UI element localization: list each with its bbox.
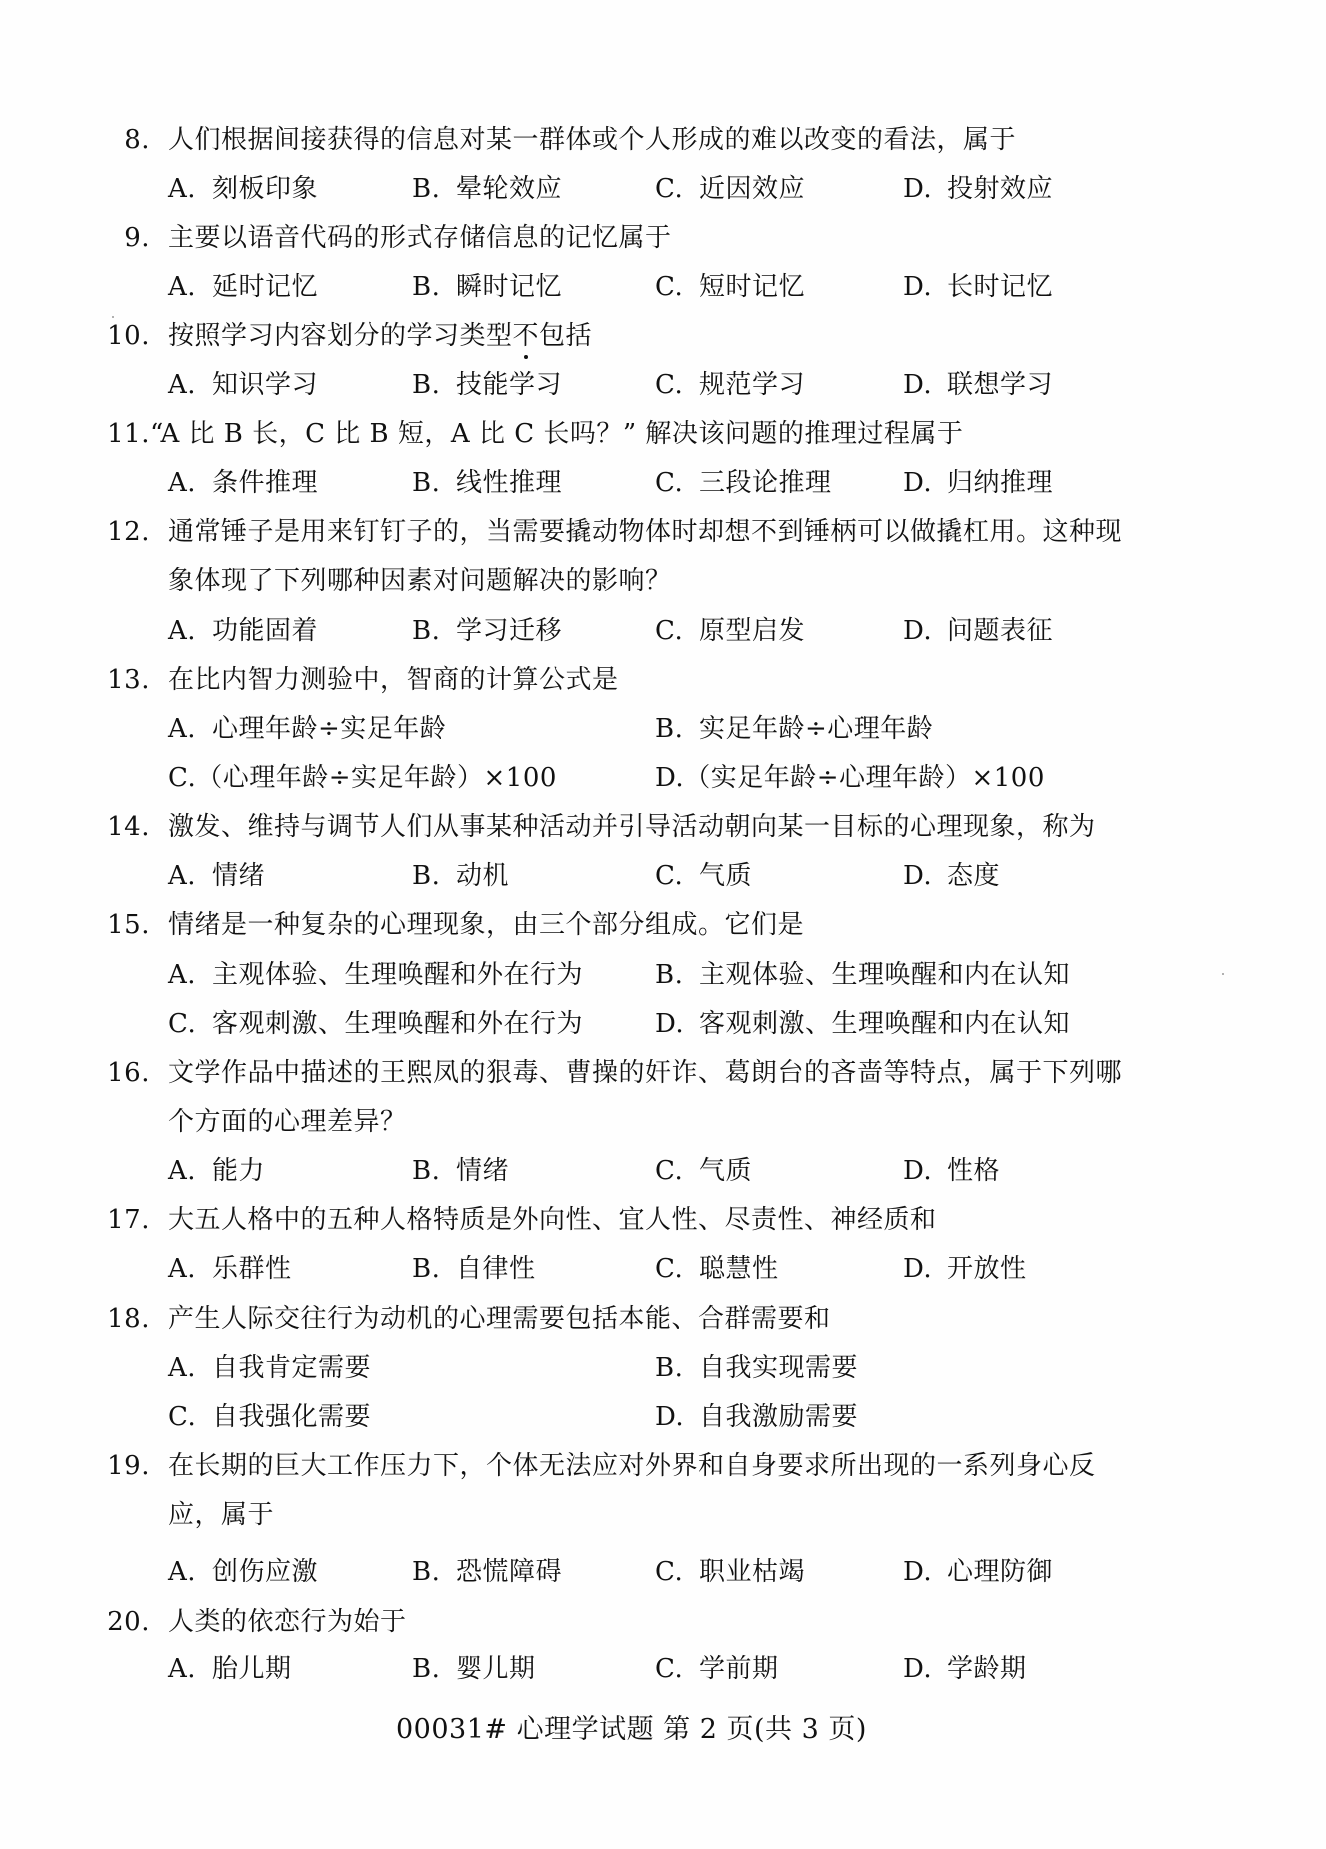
scan-speck [1222,973,1224,975]
question-text: 人类的依恋行为始于 [168,1605,407,1639]
option-d: D.客观刺激、生理唤醒和内在认知 [655,1007,1070,1041]
question-text: 通常锤子是用来钉钉子的，当需要撬动物体时却想不到锤柄可以做撬杠用。这种现 [168,515,1122,549]
option-a: A.心理年龄÷实足年龄 [168,712,446,746]
option-d: D.（实足年龄÷心理年龄）×100 [655,761,1045,795]
option-c: C.气质 [655,859,752,893]
option-c: C.客观刺激、生理唤醒和外在行为 [168,1007,583,1041]
option-c: C.原型启发 [655,614,805,648]
option-b: B.晕轮效应 [412,172,562,206]
question-text: 大五人格中的五种人格特质是外向性、宜人性、尽责性、神经质和 [168,1203,937,1237]
option-a: A.创伤应激 [168,1555,318,1589]
question-text: 情绪是一种复杂的心理现象，由三个部分组成。它们是 [168,908,804,942]
option-b: B.自律性 [412,1252,536,1286]
question-text: 人们根据间接获得的信息对某一群体或个人形成的难以改变的看法，属于 [168,123,1016,157]
question-number: 17. [90,1203,150,1237]
question-number: 14. [90,810,150,844]
question-text: 主要以语音代码的形式存储信息的记忆属于 [168,221,672,255]
question-text: 在长期的巨大工作压力下，个体无法应对外界和自身要求所出现的一系列身心反 [168,1449,1096,1483]
option-b: B.自我实现需要 [655,1351,858,1385]
question-number: 10. [90,319,150,353]
option-b: B.技能学习 [412,368,562,402]
option-b: B.动机 [412,859,509,893]
option-a: A.刻板印象 [168,172,318,206]
option-d: D.开放性 [903,1252,1027,1286]
option-d: D.联想学习 [903,368,1053,402]
option-d: D.态度 [903,859,1000,893]
question-number: 11. [90,417,150,451]
option-a: A.条件推理 [168,466,318,500]
question-number: 16. [90,1056,150,1090]
question-text: 文学作品中描述的王熙凤的狠毒、曹操的奸诈、葛朗台的吝啬等特点，属于下列哪 [168,1056,1122,1090]
question-text: 在比内智力测验中，智商的计算公式是 [168,663,619,697]
option-d: D.长时记忆 [903,270,1053,304]
option-b: B.婴儿期 [412,1652,536,1686]
question-number: 15. [90,908,150,942]
option-d: D.归纳推理 [903,466,1053,500]
question-text: “A 比 B 长，C 比 B 短，A 比 C 长吗？” 解决该问题的推理过程属于 [150,417,963,451]
question-text: 激发、维持与调节人们从事某种活动并引导活动朝向某一目标的心理现象，称为 [168,810,1096,844]
option-a: A.情绪 [168,859,265,893]
question-text: 个方面的心理差异？ [168,1105,407,1139]
question-number: 8. [90,123,150,157]
option-b: B.恐慌障碍 [412,1555,562,1589]
question-number: 12. [90,515,150,549]
emphasis-mark: 不 [513,319,540,353]
option-c: C.气质 [655,1154,752,1188]
question-number: 13. [90,663,150,697]
exam-page: 8. 人们根据间接获得的信息对某一群体或个人形成的难以改变的看法，属于 A.刻板… [0,0,1326,1849]
option-c: C.聪慧性 [655,1252,779,1286]
question-number: 18. [90,1302,150,1336]
option-d: D.问题表征 [903,614,1053,648]
option-c: C.三段论推理 [655,466,832,500]
option-a: A.能力 [168,1154,265,1188]
option-b: B.情绪 [412,1154,509,1188]
option-d: D.心理防御 [903,1555,1053,1589]
option-c: C.职业枯竭 [655,1555,805,1589]
option-a: A.知识学习 [168,368,318,402]
option-b: B.线性推理 [412,466,562,500]
question-number: 9. [90,221,150,255]
question-text: 应，属于 [168,1498,274,1532]
question-number: 20. [90,1605,150,1639]
option-c: C.（心理年龄÷实足年龄）×100 [168,761,557,795]
option-b: B.实足年龄÷心理年龄 [655,712,933,746]
question-text: 象体现了下列哪种因素对问题解决的影响？ [168,564,672,598]
option-d: D.学龄期 [903,1652,1027,1686]
option-d: D.自我激励需要 [655,1400,858,1434]
option-c: C.短时记忆 [655,270,805,304]
option-a: A.胎儿期 [168,1652,292,1686]
option-a: A.主观体验、生理唤醒和外在行为 [168,958,583,992]
option-b: B.学习迁移 [412,614,562,648]
option-d: D.性格 [903,1154,1000,1188]
option-c: C.自我强化需要 [168,1400,371,1434]
option-d: D.投射效应 [903,172,1053,206]
question-number: 19. [90,1449,150,1483]
option-a: A.乐群性 [168,1252,292,1286]
option-c: C.规范学习 [655,368,805,402]
option-b: B.瞬时记忆 [412,270,562,304]
option-c: C.学前期 [655,1652,779,1686]
option-a: A.自我肯定需要 [168,1351,371,1385]
page-footer: 00031# 心理学试题 第 2 页(共 3 页) [396,1713,867,1747]
question-text: 产生人际交往行为动机的心理需要包括本能、合群需要和 [168,1302,831,1336]
question-text: 按照学习内容划分的学习类型不包括 [168,319,592,353]
option-a: A.延时记忆 [168,270,318,304]
option-a: A.功能固着 [168,614,318,648]
scan-speck [112,316,114,318]
option-c: C.近因效应 [655,172,805,206]
option-b: B.主观体验、生理唤醒和内在认知 [655,958,1070,992]
